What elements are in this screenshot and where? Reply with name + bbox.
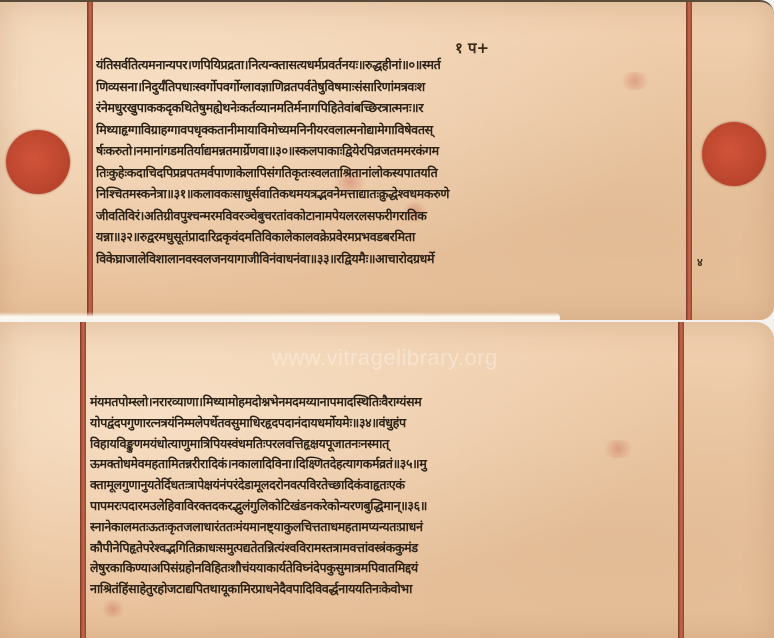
top-folio-text: यंतिसर्वतित्यमनान्यपर।णपियिप्रद्रता।नित्… — [96, 54, 686, 269]
text-line: स्नानेकालमतःऊतःकृतजलाधारंततःमंयमानष्ट्या… — [90, 517, 678, 538]
text-line: विकेघ्राजालेविशालानवस्वलजनयागाजीविनंवाधन… — [96, 248, 686, 270]
manuscript-folio-top: १ प+ ४ यंतिसर्वतित्यमनान्यपर।णपियिप्रद्र… — [0, 0, 774, 320]
text-line: पापमरःपदारमउलेहिवाविरक्तदकरद्भुलंगुलिकोट… — [90, 496, 678, 517]
text-line: योपद्वंदपगुणारत्नत्रयंनिम्मलेपर्थेतवसुमा… — [90, 413, 678, 434]
text-line: यंतिसर्वतित्यमनान्यपर।णपियिप्रद्रता।नित्… — [96, 54, 686, 76]
text-line: मिथ्याहृग्गाविग्राहग्गावपधृक्कतानीमायावि… — [96, 119, 686, 141]
text-line: रंनेमधुरखुपाककदृकथितेषुमह्येथनेःकर्तव्या… — [96, 97, 686, 119]
left-margin-rule — [87, 2, 93, 320]
text-line: यन्ना॥३२॥रुद्वरमधुसूतंप्रादारिद्रकृवंदमत… — [96, 226, 686, 248]
text-line: तिःकुहेःकदाचिदपिप्रव्रपतमर्वपाणाकेलापिसं… — [96, 162, 686, 184]
text-line: णिव्यसना।निदुर्यंतिपधाःस्वर्गोपवर्गोग्ला… — [96, 76, 686, 98]
right-margin-rule — [678, 322, 684, 638]
left-margin-rule — [80, 322, 86, 638]
text-line: ऊमक्तोधमेवमहतामितन्नरीरादिकं।नकालादिविना… — [90, 454, 678, 475]
watermark: www.vitragelibrary.org — [272, 345, 498, 371]
text-line: र्षःकरुतो।नमानांगडमतिर्याद्यमन्नतमार्ग्र… — [96, 140, 686, 162]
text-line: निश्चितमस्कनेत्रा॥३१॥कलावकःसाधुर्सवातिकथ… — [96, 183, 686, 205]
text-line: लेषुरकाकिण्याअपिसंग्रहोनविहितःशौचंययाकार… — [90, 558, 678, 579]
ink-stain — [100, 600, 126, 618]
text-line: जीवतिविरं।अतिग्रीवपुश्चन्मरमविवरञ्चेबुचर… — [96, 205, 686, 227]
text-line: कौपीनेपिहृतेपरेश्वद्भगितिक्राधःसमुत्पद्य… — [90, 538, 678, 559]
margin-number: ४ — [697, 255, 703, 270]
bottom-folio-text: मंयमतपोम्स्लो।नरारव्याणा।मिथ्यामोहमदोश्न… — [90, 392, 678, 600]
text-line: क्तामूलगुणानुयतेर्दिधतःत्रापेक्षयंनंपरंद… — [90, 475, 678, 496]
red-circle-left — [6, 130, 70, 194]
text-line: मंयमतपोम्स्लो।नरारव्याणा।मिथ्यामोहमदोश्न… — [90, 392, 678, 413]
text-line: नाश्रितंहिंसाहेतुरहोजटाद्यपितथायूकामिरप्… — [90, 579, 678, 600]
right-margin-rule — [686, 2, 692, 320]
text-line: विहायविङ्कुणमयंधोत्याणुमात्रिपियस्वंधमति… — [90, 434, 678, 455]
red-circle-right — [702, 122, 766, 186]
